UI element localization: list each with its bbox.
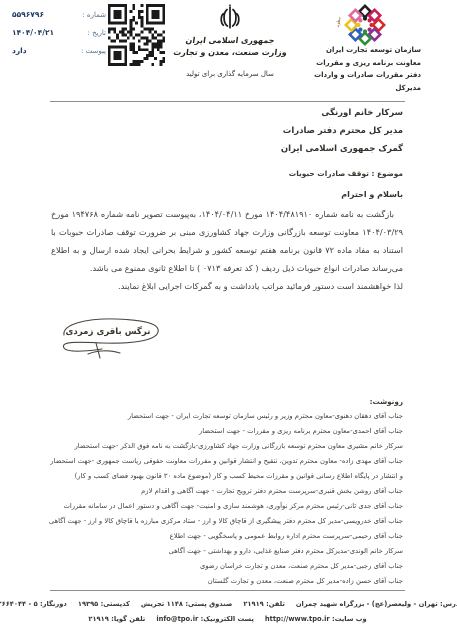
letter-date-row: تاریخ : ۱۴۰۴/۰۴/۲۱ — [12, 28, 106, 37]
cc-list: جناب آقای دهقان دهنوی-معاون محترم وزیر و… — [47, 409, 403, 589]
footer-item: تلفن: ۲۱۹۱۹ — [243, 597, 285, 612]
header-divider — [50, 101, 405, 102]
letter-number-row: شماره : ۵۵۹۶۷۹۶ — [12, 10, 106, 19]
year-slogan: سال سرمایه گذاری برای تولید — [163, 70, 297, 78]
org-title-line: مدیرکل — [314, 82, 421, 95]
body-paragraph: بازگشت به نامه شماره ۱۴۰۴/۴۸۱۹۱۰ مورخ ۱۴… — [51, 205, 403, 277]
signature-block: نرگس باقری زمردی — [50, 310, 166, 362]
cc-item: جناب آقای دهقان دهنوی-معاون محترم وزیر و… — [47, 409, 403, 424]
letter-body: بازگشت به نامه شماره ۱۴۰۴/۴۸۱۹۱۰ مورخ ۱۴… — [51, 205, 403, 295]
cc-label: رونوشت: — [47, 394, 403, 409]
org-title-line: سازمان توسعه تجارت ایران — [314, 44, 421, 57]
letter-date-label: تاریخ : — [87, 29, 106, 37]
recipient-block: سرکار خانم اورنگیمدیر کل محترم دفتر صادر… — [281, 104, 403, 158]
letter-number-value: ۵۵۹۶۷۹۶ — [12, 10, 44, 19]
footer-divider — [50, 590, 405, 591]
country-name-calligraphy: جمهوری اسلامی ایران — [162, 35, 298, 47]
letter-number-label: شماره : — [82, 11, 106, 19]
cc-item: جناب آقای مهدی زاده- معاون محترم تدوین، … — [47, 454, 403, 484]
letter-attachment-row: پیوست : دارد — [12, 46, 106, 55]
recipient-line: گمرک جمهوری اسلامی ایران — [281, 140, 403, 158]
org-title-line: دفتر مقررات صادرات و واردات — [314, 69, 421, 82]
cc-item: جناب آقای خدرویسی-مدیر کل محترم دفتر پیش… — [47, 514, 403, 529]
cc-section: رونوشت: جناب آقای دهقان دهنوی-معاون محتر… — [47, 394, 403, 589]
footer-item: کدپستی: ۱۹۳۹۵ — [78, 597, 130, 612]
cc-item: جناب آقای حسن زاده-مدیر کل محترم صنعت، م… — [47, 574, 403, 589]
cc-item: جناب آقای احمدی-معاون محترم برنامه ریزی … — [47, 424, 403, 439]
cc-item: جناب آقای جدی ثانی-رئیس محترم مرکز نوآور… — [47, 499, 403, 514]
iran-emblem-icon — [218, 3, 242, 31]
ministry-name-calligraphy: وزارت صنعت، معدن و تجارت — [162, 47, 298, 59]
footer-item: دورنگار: ۵ - ۲۲۶۶۴۰۴۴ — [0, 597, 67, 612]
cc-item: سرکار خانم مشیری معاون محترم توسعه بازرگ… — [47, 439, 403, 454]
recipient-line: سرکار خانم اورنگی — [281, 104, 403, 122]
closing-paragraph: لذا خواهشمند است دستور فرمائید مراتب یاد… — [51, 277, 403, 295]
footer-web-row: وب سایت: http://www.tpo.irپست الکترونیک:… — [40, 612, 415, 627]
cc-item: سرکار خانم الوندی-مدیرکل محترم دفتر صنای… — [47, 544, 403, 559]
org-title-block: سازمان توسعه تجارت ایرانمعاونت برنامه ری… — [314, 44, 421, 94]
footer-item: آدرس: تهران - ولیعصر(عج) - بزرگراه شهید … — [296, 597, 457, 612]
footer-item: پست الکترونیک: info@tpo.ir — [156, 612, 254, 627]
letter-date-value: ۱۴۰۴/۰۴/۲۱ — [12, 28, 54, 37]
footer-item: وب سایت: http://www.tpo.ir — [265, 612, 367, 627]
letter-attachment-label: پیوست : — [81, 47, 106, 55]
letter-attachment-value: دارد — [12, 46, 27, 55]
footer-item: صندوق پستی: ۱۱۴۸ تجریش — [141, 597, 232, 612]
salutation: باسلام و احترام — [341, 190, 403, 199]
signer-name: نرگس باقری زمردی — [50, 327, 166, 337]
ministry-letterhead: جمهوری اسلامی ایران وزارت صنعت، معدن و ت… — [163, 3, 297, 78]
subject-label: موضوع : — [371, 169, 403, 178]
footer: آدرس: تهران - ولیعصر(عج) - بزرگراه شهید … — [40, 597, 415, 627]
cc-item: جناب آقای روشن بخش قنبری-سرپرست محترم دف… — [47, 484, 403, 499]
letter-page: معاونت تدوین، تنقیح و انتشار قوانین و مق… — [0, 0, 457, 640]
letter-meta-block: شماره : ۵۵۹۶۷۹۶ تاریخ : ۱۴۰۴/۰۴/۲۱ پیوست… — [12, 10, 106, 64]
recipient-line: مدیر کل محترم دفتر صادرات — [281, 122, 403, 140]
cc-item: جناب آقای رجبی-مدیر کل محترم صنعت، معدن … — [47, 559, 403, 574]
subject-line: موضوع : توقف صادرات حبوبات — [289, 169, 403, 178]
cc-item: جناب آقای رحیمی-سرپرست محترم اداره روابط… — [47, 529, 403, 544]
qr-code — [108, 4, 165, 66]
footer-contact-row: آدرس: تهران - ولیعصر(عج) - بزرگراه شهید … — [40, 597, 415, 612]
org-title-line: معاونت برنامه ریزی و مقررات — [314, 57, 421, 70]
subject-value: توقف صادرات حبوبات — [289, 169, 369, 178]
footer-item: تلفن گویا: ۲۱۹۱۹ — [88, 612, 145, 627]
